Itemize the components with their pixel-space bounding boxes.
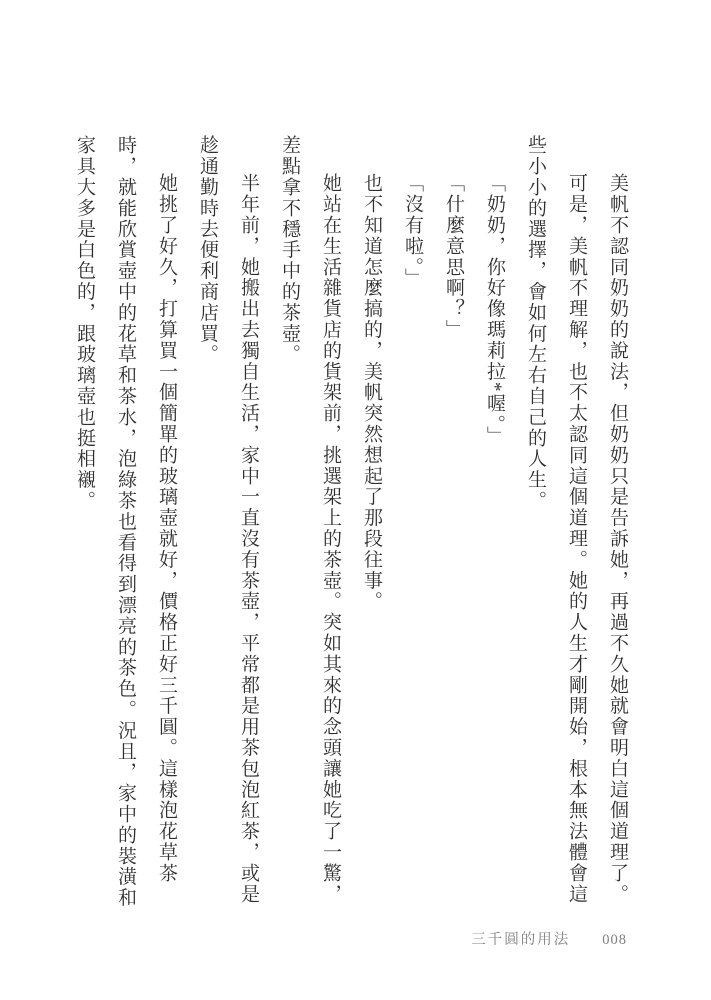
- page-number: 008: [602, 932, 627, 949]
- paragraph: 美帆不認同奶奶的說法，但奶奶只是告訴她，再過不久她就會明白這個道理了。: [597, 135, 638, 911]
- dialogue-line: 「沒有啦。」: [392, 135, 433, 911]
- vertical-text-block: 美帆不認同奶奶的說法，但奶奶只是告訴她，再過不久她就會明白這個道理了。 可是，美…: [64, 135, 638, 911]
- paragraph: 也不知道怎麼搞的，美帆突然想起了那段往事。: [351, 135, 392, 911]
- dialogue-line: 「奶奶，你好像瑪莉拉*喔。」: [474, 135, 515, 911]
- running-footer: 三千圓的用法 008: [471, 928, 627, 949]
- paragraph: 可是，美帆不理解，也不太認同這個道理。她的人生才剛開始，根本無法體會這些小小的選…: [515, 135, 597, 911]
- book-page: 美帆不認同奶奶的說法，但奶奶只是告訴她，再過不久她就會明白這個道理了。 可是，美…: [0, 0, 711, 1000]
- book-title: 三千圓的用法: [471, 928, 570, 949]
- paragraph: 她站在生活雜貨店的貨架前，挑選架上的茶壺。突如其來的念頭讓她吃了一驚，差點拿不穩…: [269, 135, 351, 911]
- paragraph: 她挑了好久，打算買一個簡單的玻璃壺就好，價格正好三千圓。這樣泡花草茶時，就能欣賞…: [64, 135, 187, 911]
- dialogue-line: 「什麼意思啊？」: [433, 135, 474, 911]
- paragraph: 半年前，她搬出去獨自生活，家中一直沒有茶壺，平常都是用茶包泡紅茶，或是趁通勤時去…: [187, 135, 269, 911]
